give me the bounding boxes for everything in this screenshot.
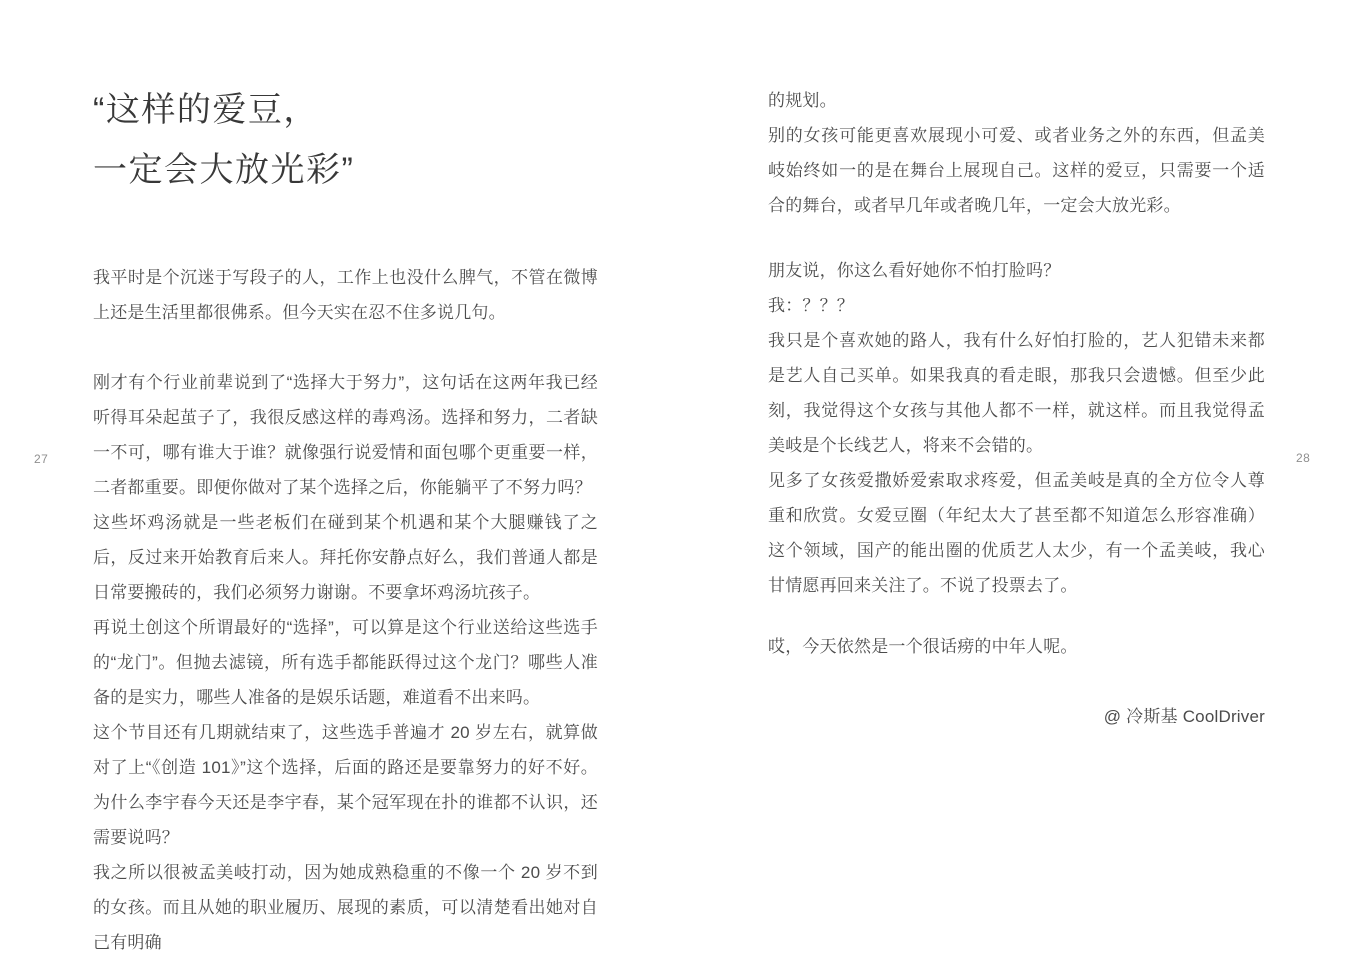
paragraph-passerby-fan: 我只是个喜欢她的路人，我有什么好怕打脸的，艺人犯错未来都是艺人自己买单。如果我真… xyxy=(768,323,1265,463)
left-page-body: 我平时是个沉迷于写段子的人，工作上也没什么脾气，不管在微博上还是生活里都很佛系。… xyxy=(93,260,598,956)
title-line-1: “这样的爱豆， xyxy=(93,80,598,140)
paragraph-moved-by-mengmeiqi: 我之所以很被孟美岐打动，因为她成熟稳重的不像一个 20 岁不到的女孩。而且从她的… xyxy=(93,855,598,956)
paragraph-plan-continuation: 的规划。 xyxy=(768,83,1265,118)
paragraph-intro: 我平时是个沉迷于写段子的人，工作上也没什么脾气，不管在微博上还是生活里都很佛系。… xyxy=(93,260,598,330)
article-title: “这样的爱豆， 一定会大放光彩” xyxy=(93,80,598,200)
paragraph-respect-and-vote: 见多了女孩爱撒娇爱索取求疼爱，但孟美岐是真的全方位令人尊重和欣赏。女爱豆圈（年纪… xyxy=(768,463,1265,603)
paragraph-bad-chicken-soup: 这些坏鸡汤就是一些老板们在碰到某个机遇和某个大腿赚钱了之后，反过来开始教育后来人… xyxy=(93,505,598,610)
page-number-left: 27 xyxy=(34,452,48,466)
title-line-2: 一定会大放光彩” xyxy=(93,140,598,200)
right-page-column: 的规划。 别的女孩可能更喜欢展现小可爱、或者业务之外的东西，但孟美岐始终如一的是… xyxy=(768,83,1265,734)
paragraph-produce101-choice: 这个节目还有几期就结束了，这些选手普遍才 20 岁左右，就算做对了上“《创造 1… xyxy=(93,715,598,855)
paragraph-me-question-marks: 我：？？？ xyxy=(768,288,1265,323)
paragraph-stage-idol: 别的女孩可能更喜欢展现小可爱、或者业务之外的东西，但孟美岐始终如一的是在舞台上展… xyxy=(768,118,1265,223)
page-number-right: 28 xyxy=(1296,451,1310,465)
paragraph-chatty-middle-aged: 哎，今天依然是一个很话痨的中年人呢。 xyxy=(768,629,1265,664)
paragraph-dragon-gate: 再说土创这个所谓最好的“选择”，可以算是这个行业送给这些选手的“龙门”。但抛去滤… xyxy=(93,610,598,715)
paragraph-friend-question: 朋友说，你这么看好她你不怕打脸吗？ xyxy=(768,253,1265,288)
paragraph-choice-vs-effort: 刚才有个行业前辈说到了“选择大于努力”，这句话在这两年我已经听得耳朵起茧子了，我… xyxy=(93,365,598,505)
right-page-body: 的规划。 别的女孩可能更喜欢展现小可爱、或者业务之外的东西，但孟美岐始终如一的是… xyxy=(768,83,1265,734)
left-page-column: “这样的爱豆， 一定会大放光彩” 我平时是个沉迷于写段子的人，工作上也没什么脾气… xyxy=(93,80,598,956)
magazine-spread: 27 28 “这样的爱豆， 一定会大放光彩” 我平时是个沉迷于写段子的人，工作上… xyxy=(0,0,1354,956)
author-signature: @ 冷斯基 CoolDriver xyxy=(768,699,1265,734)
